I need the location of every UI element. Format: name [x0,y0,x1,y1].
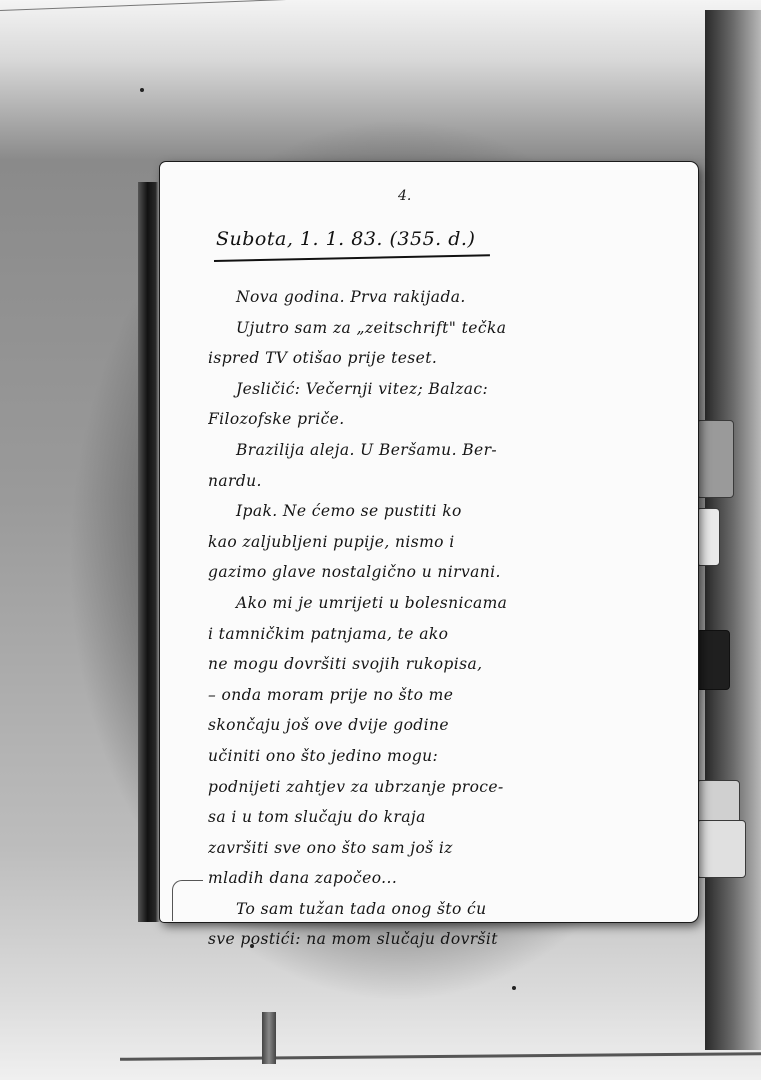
index-tab [698,780,740,824]
entry-heading: Subota, 1. 1. 83. (355. d.) [216,228,475,250]
text-line: podnijeti zahtjev za ubrzanje proce- [208,772,690,803]
text-line: Nova godina. Prva rakijada. [208,282,690,313]
text-line: To sam tužan tada onog što ću [208,894,690,925]
text-line: i tamničkim patnjama, te ako [208,619,690,650]
binder-clip [262,1012,276,1064]
handwritten-text: Nova godina. Prva rakijada.Ujutro sam za… [208,282,690,955]
text-line: završiti sve ono što sam još iz [208,833,690,864]
text-line: skončaju još ove dvije godine [208,710,690,741]
text-line: gazimo glave nostalgično u nirvani. [208,557,690,588]
heading-underline [214,254,490,262]
text-line: Ujutro sam za „zeitschrift" tečka [208,313,690,344]
index-tab [698,420,734,498]
text-line: Brazilija aleja. U Beršamu. Ber- [208,435,690,466]
text-line: Ako mi je umrijeti u bolesnicama [208,588,690,619]
text-line: kao zaljubljeni pupije, nismo i [208,527,690,558]
text-line: učiniti ono što jedino mogu: [208,741,690,772]
index-tab [698,508,720,566]
diary-page: 4. Subota, 1. 1. 83. (355. d.) Nova godi… [160,162,698,922]
toner-speck [140,88,144,92]
text-line: Ipak. Ne ćemo se pustiti ko [208,496,690,527]
toner-speck [512,986,516,990]
index-tab [698,820,746,878]
page-corner-fold [172,880,203,921]
page-number: 4. [398,188,411,204]
text-line: sa i u tom slučaju do kraja [208,802,690,833]
toner-speck [250,944,254,948]
index-tab [698,630,730,690]
text-line: ispred TV otišao prije teset. [208,343,690,374]
text-line: ne mogu dovršiti svojih rukopisa, [208,649,690,680]
text-line: nardu. [208,466,690,497]
text-line: Jesličić: Večernji vitez; Balzac: [208,374,690,405]
text-line: Filozofske priče. [208,404,690,435]
text-line: mladih dana započeo... [208,863,690,894]
text-line: – onda moram prije no što me [208,680,690,711]
text-line: sve postići: na mom slučaju dovršit [208,924,690,955]
